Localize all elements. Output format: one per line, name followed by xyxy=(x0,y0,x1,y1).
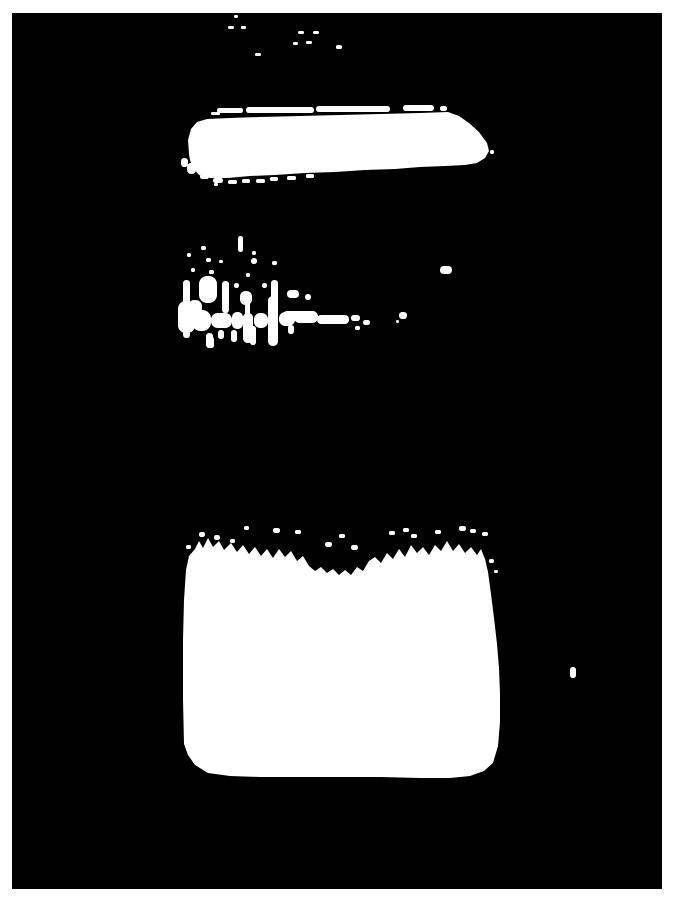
label-blob xyxy=(192,310,211,331)
body-fringe-speck xyxy=(214,535,220,540)
label-speck xyxy=(201,246,206,250)
body-fringe-speck xyxy=(244,526,249,530)
lid-dash xyxy=(217,108,243,113)
label-blob xyxy=(351,315,360,321)
label-blob xyxy=(294,311,318,323)
top-speck xyxy=(293,42,298,45)
body-fringe-speck xyxy=(459,526,466,531)
body-fringe-speck xyxy=(470,529,476,533)
top-speck xyxy=(234,15,238,18)
label-speck xyxy=(209,270,214,274)
label-hanging-stroke xyxy=(250,326,256,345)
label-speck xyxy=(252,251,256,255)
label-blob xyxy=(211,313,232,328)
lid-fringe-speck xyxy=(256,179,265,183)
lid-fringe-speck xyxy=(187,163,196,174)
label-blob xyxy=(254,313,268,328)
body-fringe-speck xyxy=(435,530,441,534)
lid-fringe-speck xyxy=(490,150,494,154)
label-blob xyxy=(355,326,360,330)
label-blob xyxy=(363,320,370,325)
label-speck xyxy=(191,268,195,272)
lid-fringe-speck xyxy=(306,174,314,178)
body-fringe-speck xyxy=(494,570,498,573)
body-fringe-speck xyxy=(482,532,488,536)
label-blob xyxy=(199,276,217,303)
label-blob xyxy=(222,281,229,313)
lid-fringe-speck xyxy=(214,183,218,186)
body-fringe-speck xyxy=(403,528,409,532)
binary-image-svg xyxy=(0,0,677,907)
top-speck xyxy=(298,31,304,34)
top-speck xyxy=(313,31,319,34)
lid-fringe-speck xyxy=(242,179,250,183)
lid-fringe-speck xyxy=(228,180,237,184)
isolated-speck xyxy=(396,320,399,323)
lid-fringe-speck xyxy=(200,174,209,179)
label-speck xyxy=(287,290,299,298)
label-speck xyxy=(262,283,267,288)
body-fringe-speck xyxy=(389,531,395,535)
lid-dash xyxy=(403,105,434,111)
label-speck xyxy=(234,283,239,288)
top-speck xyxy=(255,53,261,56)
isolated-speck xyxy=(399,312,407,319)
jar-body-highlight xyxy=(183,538,500,778)
lid-dash xyxy=(440,106,447,111)
label-blob xyxy=(268,296,278,346)
lid-dash xyxy=(246,107,314,113)
label-speck xyxy=(219,260,223,263)
label-speck xyxy=(206,258,211,262)
top-speck xyxy=(336,45,342,49)
label-speck xyxy=(246,273,250,277)
label-hanging-stroke xyxy=(218,330,224,339)
label-speck xyxy=(305,294,311,300)
body-fringe-speck xyxy=(351,545,358,550)
lid-fringe-speck xyxy=(270,177,278,181)
label-speck xyxy=(187,253,191,257)
body-fringe-speck xyxy=(411,534,417,538)
top-speck xyxy=(241,26,246,29)
lid-fringe-speck xyxy=(213,178,223,183)
isolated-speck xyxy=(440,266,452,274)
isolated-speck xyxy=(570,667,576,678)
label-blob xyxy=(279,312,295,326)
lid-fringe-speck xyxy=(181,158,188,167)
binarized-photo-page xyxy=(0,0,677,907)
top-speck xyxy=(306,41,312,44)
body-fringe-speck xyxy=(273,528,280,533)
top-speck xyxy=(228,26,234,29)
label-speck xyxy=(251,258,257,264)
body-fringe-speck xyxy=(295,530,301,534)
label-speck xyxy=(272,261,277,265)
label-blob xyxy=(317,315,349,324)
body-fringe-speck xyxy=(199,532,205,537)
label-hanging-stroke xyxy=(209,337,214,348)
body-fringe-speck xyxy=(325,542,332,547)
label-hanging-stroke xyxy=(231,330,237,342)
label-speck xyxy=(238,236,243,252)
lid-fringe-speck xyxy=(287,176,296,180)
body-fringe-speck xyxy=(230,539,235,543)
label-blob xyxy=(232,312,243,329)
body-fringe-speck xyxy=(186,545,191,549)
lid-dash xyxy=(316,106,390,112)
label-hanging-stroke xyxy=(288,325,294,334)
body-fringe-speck xyxy=(489,559,494,563)
body-fringe-speck xyxy=(339,534,345,538)
